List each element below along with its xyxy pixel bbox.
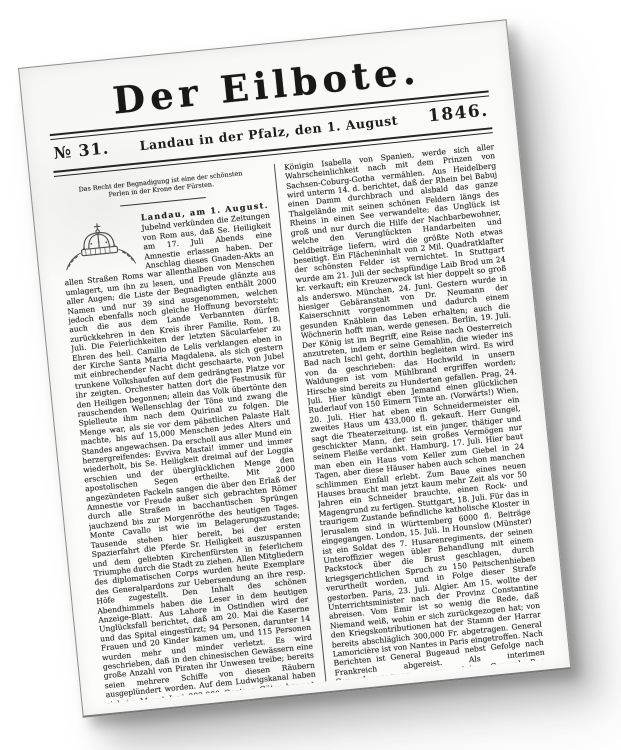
motto-text: Das Recht der Begnadigung ist eine der s… <box>73 169 249 204</box>
scan-background: Der Eilbote. № 31. Landau in der Pfalz, … <box>0 0 621 750</box>
motto-divider <box>120 197 206 207</box>
right-column: Königin Isabella von Spanien, werde sich… <box>284 142 546 680</box>
left-column: Das Recht der Begnadigung ist eine der s… <box>55 165 317 703</box>
place-dateline: Landau in der Pfalz, den 1. August <box>139 112 399 153</box>
left-column-text: Jubelnd verkünden die Zeitungen von Rom … <box>64 211 316 703</box>
article-body: Das Recht der Begnadigung ist eine der s… <box>55 142 545 703</box>
issue-number: № 31. <box>53 138 110 162</box>
year-label: 1846. <box>427 100 489 126</box>
newspaper-page: Der Eilbote. № 31. Landau in der Pfalz, … <box>18 19 571 718</box>
crown-illustration <box>59 216 140 275</box>
left-column-article: Landau, am 1. August. Jubelnd verkünden … <box>58 200 316 703</box>
right-column-text: Königin Isabella von Spanien, werde sich… <box>284 142 546 680</box>
